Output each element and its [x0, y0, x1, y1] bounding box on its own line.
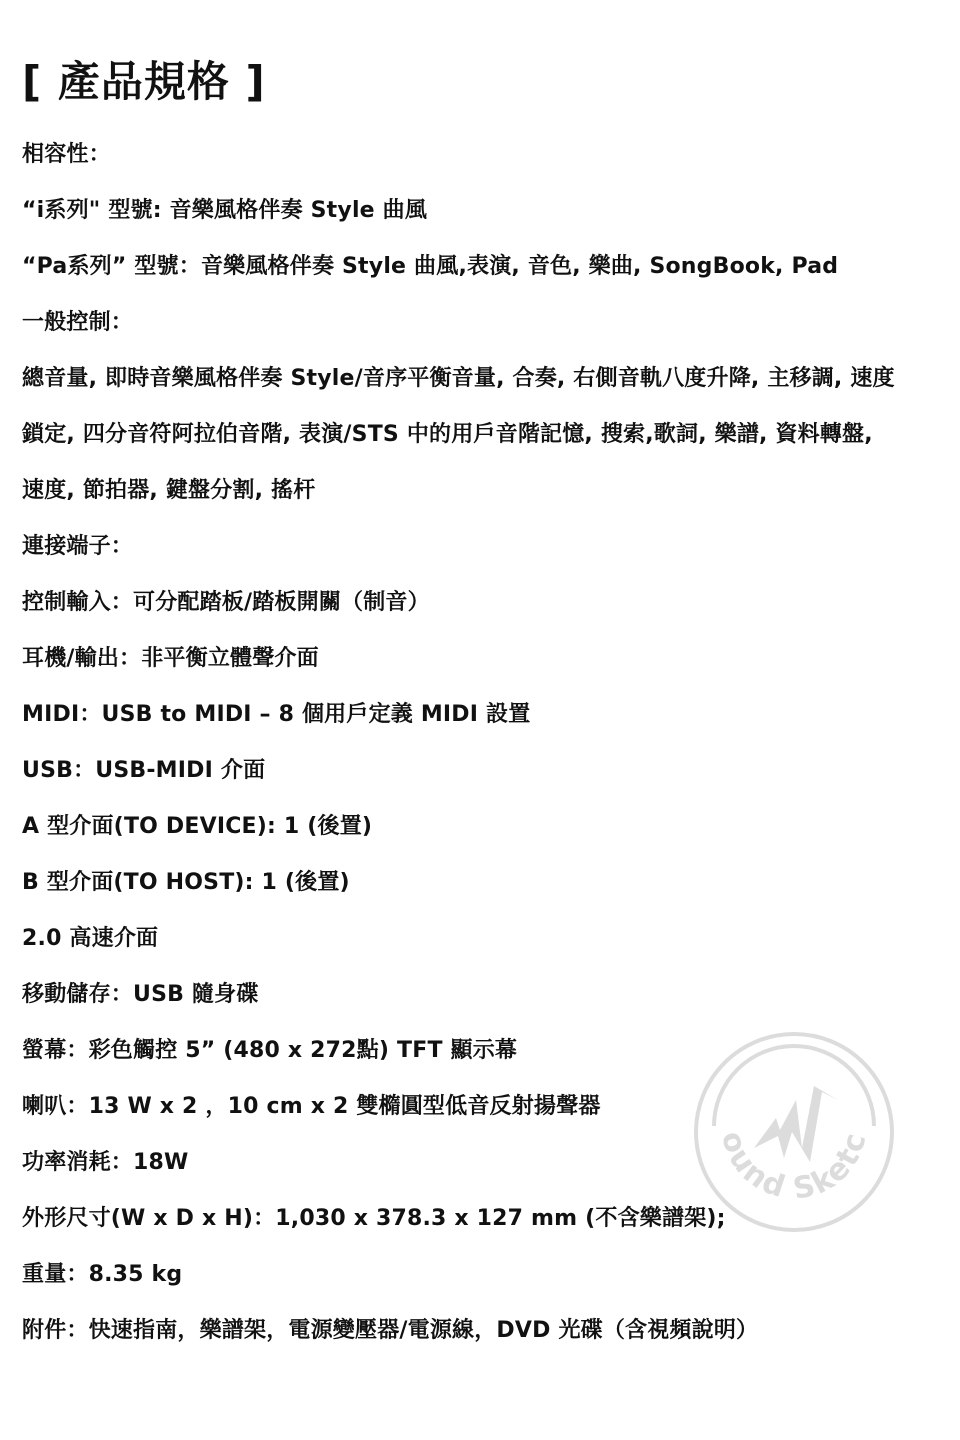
spec-line: 總音量, 即時音樂風格伴奏 Style/音序平衡音量, 合奏, 右側音軌八度升降… [22, 360, 895, 416]
spec-line: USB：USB-MIDI 介面 [22, 752, 895, 808]
spec-line: 控制輸入：可分配踏板/踏板開關（制音） [22, 584, 895, 640]
spec-line: “Pa系列” 型號：音樂風格伴奏 Style 曲風,表演, 音色, 樂曲, So… [22, 248, 895, 304]
spec-line: 耳機/輸出：非平衡立體聲介面 [22, 640, 895, 696]
spec-line: 速度, 節拍器, 鍵盤分割, 搖杆 [22, 472, 895, 528]
spec-line: 2.0 高速介面 [22, 920, 895, 976]
spec-line: 鎖定, 四分音符阿拉伯音階, 表演/STS 中的用戶音階記憶, 搜索,歌詞, 樂… [22, 416, 895, 472]
spec-line: 外形尺寸(W x D x H)：1,030 x 378.3 x 127 mm (… [22, 1200, 895, 1256]
spec-line: 螢幕：彩色觸控 5” (480 x 272點) TFT 顯示幕 [22, 1032, 895, 1088]
spec-heading-connections: 連接端子： [22, 528, 895, 584]
spec-list: 相容性： “i系列" 型號: 音樂風格伴奏 Style 曲風 “Pa系列” 型號… [22, 136, 895, 1368]
spec-line: 功率消耗：18W [22, 1144, 895, 1200]
spec-line: B 型介面(TO HOST): 1 (後置) [22, 864, 895, 920]
spec-line: 喇叭：13 W x 2 ，10 cm x 2 雙橢圓型低音反射揚聲器 [22, 1088, 895, 1144]
spec-line: 附件：快速指南，樂譜架，電源變壓器/電源線，DVD 光碟（含視頻說明） [22, 1312, 895, 1368]
spec-line: 移動儲存：USB 隨身碟 [22, 976, 895, 1032]
spec-heading-general-controls: 一般控制： [22, 304, 895, 360]
spec-line: A 型介面(TO DEVICE): 1 (後置) [22, 808, 895, 864]
spec-line: “i系列" 型號: 音樂風格伴奏 Style 曲風 [22, 192, 895, 248]
page-title: [ 產品規格 ] [22, 52, 266, 112]
spec-line: MIDI：USB to MIDI – 8 個用戶定義 MIDI 設置 [22, 696, 895, 752]
spec-line: 重量：8.35 kg [22, 1256, 895, 1312]
spec-heading-compatibility: 相容性： [22, 136, 895, 192]
